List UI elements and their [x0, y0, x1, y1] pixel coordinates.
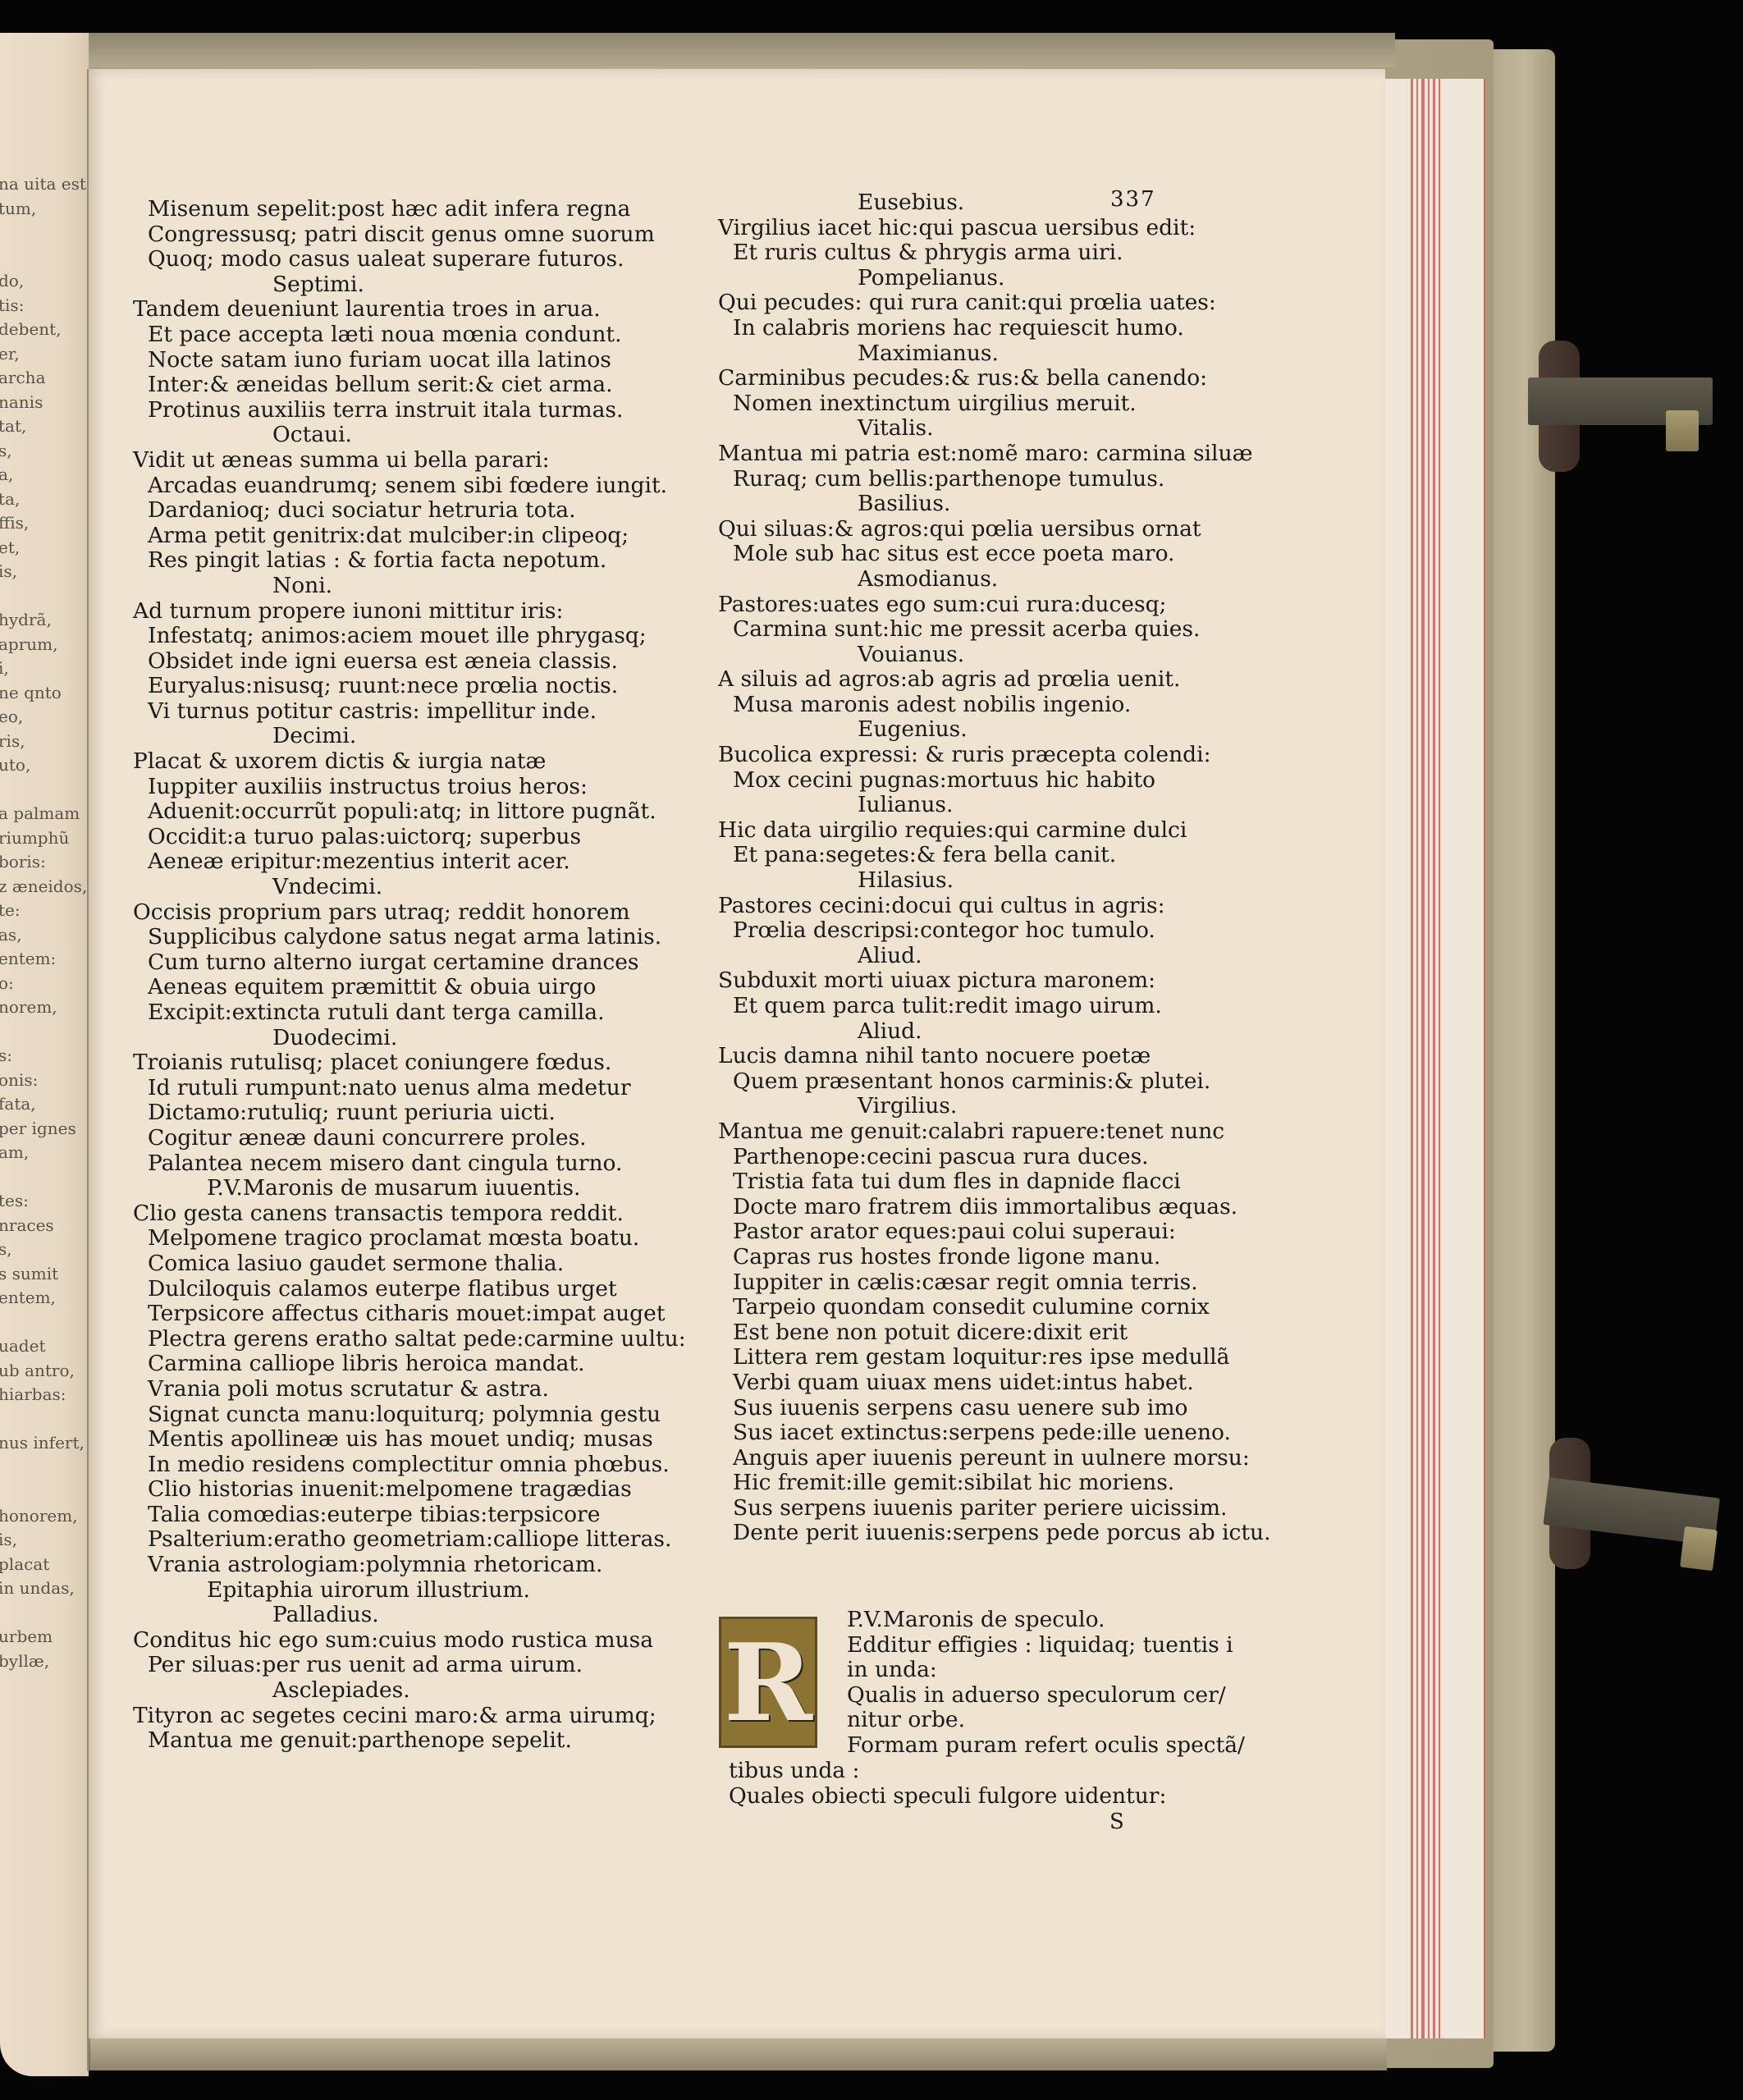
section-heading: Aliud. [718, 1019, 1271, 1045]
verse-line: Misenum sepelit:post hæc adit infera reg… [133, 197, 686, 222]
verse-line: Psalterium:eratho geometriam:calliope li… [133, 1527, 686, 1553]
verse-line: A siluis ad agros:ab agris ad prœlia uen… [718, 667, 1271, 693]
verse-line: Mox cecini pugnas:mortuus hic habito [718, 768, 1271, 794]
verse-line: Anguis aper iuuenis pereunt in uulnere m… [718, 1446, 1271, 1471]
facing-page-fragment: uadet [0, 1334, 87, 1359]
red-edge-line [1416, 79, 1418, 2038]
facing-page-fragment: s: [0, 1044, 87, 1068]
verse-line: Res pingit latias : & fortia facta nepot… [133, 548, 686, 574]
verse-line: Littera rem gestam loquitur:res ipse med… [718, 1345, 1271, 1370]
facing-page-fragment: per ignes [0, 1117, 87, 1142]
section-heading: Basilius. [718, 492, 1271, 517]
section-heading: Duodecimi. [133, 1026, 686, 1051]
verse-line: Tityron ac segetes cecini maro:& arma ui… [133, 1704, 686, 1729]
section-heading: Vouianus. [718, 643, 1271, 668]
verse-line: Dente perit iuuenis:serpens pede porcus … [718, 1521, 1271, 1546]
red-edge-line [1428, 79, 1430, 2038]
clasp-tip-bottom [1680, 1526, 1718, 1572]
verse-line: Palantea necem misero dant cingula turno… [133, 1151, 686, 1177]
verse-line: Parthenope:cecini pascua rura duces. [718, 1145, 1271, 1170]
red-edge-line [1433, 79, 1435, 2038]
facing-page-fragment: er, [0, 342, 87, 367]
section-heading: Eugenius. [718, 717, 1271, 743]
facing-page-fragment: a, [0, 463, 87, 487]
verse-line: P.V.Maronis de speculo. [847, 1608, 1245, 1633]
verse-line: Docte maro fratrem diis immortalibus æqu… [718, 1195, 1271, 1220]
facing-page-fragment [0, 1480, 87, 1504]
section-heading: Palladius. [133, 1603, 686, 1628]
section-heading: Vitalis. [718, 416, 1271, 442]
verse-line: Troianis rutulisq; placet coniungere fœd… [133, 1050, 686, 1076]
verse-line: Supplicibus calydone satus negat arma la… [133, 925, 686, 950]
section-heading: Eusebius. [718, 190, 1271, 216]
verse-line: Plectra gerens eratho saltat pede:carmin… [133, 1327, 686, 1352]
facing-page-fragment: onis: [0, 1068, 87, 1093]
verse-line: Id rutuli rumpunt:nato uenus alma medetu… [133, 1076, 686, 1101]
verse-line: Subduxit morti uiuax pictura maronem: [718, 968, 1271, 994]
verse-line: Mantua me genuit:calabri rapuere:tenet n… [718, 1119, 1271, 1145]
verse-line: Est bene non potuit dicere:dixit erit [718, 1320, 1271, 1346]
verse-line: Aeneas equitem præmittit & obuia uirgo [133, 975, 686, 1000]
facing-page-fragment: in undas, [0, 1576, 87, 1601]
facing-page-fragment: ris, [0, 730, 87, 754]
cover-top-edge [49, 33, 1395, 67]
verse-line: Terpsicore affectus citharis mouet:impat… [133, 1302, 686, 1327]
verse-line: Protinus auxiliis terra instruit itala t… [133, 398, 686, 423]
verse-line: Iuppiter auxiliis instructus troius hero… [133, 775, 686, 800]
verse-line: Iuppiter in cælis:cæsar regit omnia terr… [718, 1270, 1271, 1296]
facing-page-fragment: s, [0, 439, 87, 464]
verse-line: Congressusq; patri discit genus omne suo… [133, 222, 686, 248]
section-heading: Asmodianus. [718, 567, 1271, 592]
facing-page-fragment: a palmam [0, 802, 87, 826]
facing-page-fragment: is, [0, 560, 87, 584]
verse-line: Qualis in aduerso speculorum cer/ [847, 1683, 1245, 1709]
verse-line: Vrania astrologiam:polymnia rhetoricam. [133, 1553, 686, 1578]
facing-page-fragment [0, 1020, 87, 1045]
initial-letter: R [724, 1620, 812, 1745]
verse-line: Euryalus:nisusq; ruunt:nece prœlia nocti… [133, 674, 686, 699]
post-initial-text: tibus unda :Quales obiecti speculi fulgo… [729, 1759, 1166, 1809]
section-heading: Septimi. [133, 272, 686, 298]
facing-page-fragment: archa [0, 366, 87, 391]
verse-line: In calabris moriens hac requiescit humo. [718, 316, 1271, 341]
verse-line: Ad turnum propere iunoni mittitur iris: [133, 599, 686, 625]
decorated-initial: R [719, 1617, 817, 1748]
verse-line: Dulciloquis calamos euterpe flatibus urg… [133, 1277, 686, 1302]
section-heading: P.V.Maronis de musarum iuuentis. [133, 1176, 686, 1201]
facing-page-fragment: aprum, [0, 633, 87, 657]
facing-page-fragment: ta, [0, 487, 87, 512]
facing-page-fragment [0, 778, 87, 803]
facing-page-fragment: entem, [0, 1286, 87, 1311]
facing-page-fragment: debent, [0, 318, 87, 342]
verse-line: Hic fremit:ille gemit:sibilat hic morien… [718, 1471, 1271, 1496]
verse-line: Mantua me genuit:parthenope sepelit. [133, 1728, 686, 1754]
facing-page-fragment: et, [0, 536, 87, 560]
facing-page-fragment: byllæ, [0, 1649, 87, 1674]
verse-line: Signat cuncta manu:loquiturq; polymnia g… [133, 1402, 686, 1428]
verse-line: Lucis damna nihil tanto nocuere poetæ [718, 1044, 1271, 1069]
verse-line: In medio residens complectitur omnia phœ… [133, 1453, 686, 1478]
facing-page-fragment: tis: [0, 294, 87, 318]
facing-page-fragment [0, 1407, 87, 1432]
section-heading: Virgilius. [718, 1094, 1271, 1119]
verse-line: Hic data uirgilio requies:qui carmine du… [718, 818, 1271, 844]
verse-line: Conditus hic ego sum:cuius modo rustica … [133, 1628, 686, 1654]
verse-line: Sus iacet extinctus:serpens pede:ille ue… [718, 1421, 1271, 1446]
verse-line: Cogitur æneæ dauni concurrere proles. [133, 1126, 686, 1151]
facing-page-fragment: te: [0, 899, 87, 923]
verse-line: Melpomene tragico proclamat mœsta boatu. [133, 1226, 686, 1251]
verse-line: Verbi quam uiuax mens uidet:intus habet. [718, 1370, 1271, 1396]
facing-page-fragment: ffis, [0, 511, 87, 536]
facing-page-fragment [0, 584, 87, 609]
facing-page-fragment: boris: [0, 850, 87, 875]
verse-line: Tarpeio quondam consedit culumine cornix [718, 1295, 1271, 1320]
verse-line: Mantua mi patria est:nomẽ maro: carmina … [718, 442, 1271, 467]
verse-line: Musa maronis adest nobilis ingenio. [718, 693, 1271, 718]
facing-page: na uita esttum,do,tis:debent,er,archanan… [0, 33, 89, 2076]
facing-page-fragment: ne qnto [0, 681, 87, 706]
section-heading: Decimi. [133, 724, 686, 749]
verse-line: Excipit:extincta rutuli dant terga camil… [133, 1000, 686, 1026]
verse-line: Sus iuuenis serpens casu uenere sub imo [718, 1396, 1271, 1421]
red-edge-line [1421, 79, 1425, 2038]
left-text-column: Misenum sepelit:post hæc adit infera reg… [133, 197, 686, 1754]
facing-page-fragment: is, [0, 1528, 87, 1553]
verse-line: Infestatq; animos:aciem mouet ille phryg… [133, 624, 686, 649]
section-heading: Maximianus. [718, 341, 1271, 367]
facing-page-fragment: hydrã, [0, 608, 87, 633]
verse-line: Virgilius iacet hic:qui pascua uersibus … [718, 216, 1271, 241]
facing-page-fragment: hiarbas: [0, 1383, 87, 1407]
facing-page-fragment: nus infert, [0, 1431, 87, 1456]
verse-line: Vrania poli motus scrutatur & astra. [133, 1377, 686, 1402]
facing-page-fragment [0, 221, 87, 245]
facing-page-fragment: honorem, [0, 1504, 87, 1529]
red-edge-line [1411, 79, 1413, 2038]
verse-line: Dictamo:rutuliq; ruunt periuria uicti. [133, 1100, 686, 1126]
red-edge-line [1439, 79, 1440, 2038]
verse-line: Mentis apollineæ uis has mouet undiq; mu… [133, 1427, 686, 1453]
verse-line: Carminibus pecudes:& rus:& bella canendo… [718, 366, 1271, 391]
verse-line: Obsidet inde igni euersa est æneia class… [133, 649, 686, 675]
facing-page-fragment: s sumit [0, 1262, 87, 1287]
facing-page-fragment: fata, [0, 1092, 87, 1117]
verse-line: Quem præsentant honos carminis:& plutei. [718, 1069, 1271, 1095]
section-heading: Epitaphia uirorum illustrium. [133, 1578, 686, 1604]
section-heading: Noni. [133, 574, 686, 599]
verse-line: Cum turno alterno iurgat certamine dranc… [133, 950, 686, 976]
verse-line: Pastores:uates ego sum:cui rura:ducesq; [718, 592, 1271, 618]
facing-page-fragment: riumphũ [0, 826, 87, 851]
verse-line: Arcadas euandrumq; senem sibi fœdere iun… [133, 474, 686, 499]
verse-line: Quoq; modo casus ualeat superare futuros… [133, 247, 686, 272]
facing-page-fragment: o: [0, 972, 87, 996]
facing-page-fragment [0, 1456, 87, 1480]
section-heading: Vndecimi. [133, 875, 686, 900]
verse-line: Occisis proprium pars utraq; reddit hono… [133, 900, 686, 926]
facing-page-fragment: do, [0, 269, 87, 294]
section-heading: Asclepiades. [133, 1678, 686, 1704]
verse-line: Tandem deueniunt laurentia troes in arua… [133, 297, 686, 323]
section-heading: Pompelianus. [718, 266, 1271, 291]
verse-line: Carmina calliope libris heroica mandat. [133, 1352, 686, 1377]
facing-page-text: na uita esttum,do,tis:debent,er,archanan… [0, 172, 87, 1673]
facing-page-fragment: uto, [0, 753, 87, 778]
cover-bottom-edge [57, 2038, 1387, 2070]
verse-line: nitur orbe. [847, 1708, 1245, 1733]
catchword: S [1109, 1809, 1124, 1834]
verse-line: Aeneæ eripitur:mezentius interit acer. [133, 849, 686, 875]
verse-line: Dardanioq; duci sociatur hetruria tota. [133, 498, 686, 524]
facing-page-fragment: eo, [0, 705, 87, 730]
facing-page-fragment: s, [0, 1238, 87, 1262]
verse-line: Prœlia descripsi:contegor hoc tumulo. [718, 918, 1271, 944]
verse-line: Qui pecudes: qui rura canit:qui prœlia u… [718, 291, 1271, 316]
facing-page-fragment: tum, [0, 197, 87, 222]
verse-line: Mole sub hac situs est ecce poeta maro. [718, 542, 1271, 567]
verse-line: Nocte satam iuno furiam uocat illa latin… [133, 348, 686, 373]
facing-page-fragment: na uita est [0, 172, 87, 197]
verse-line: Placat & uxorem dictis & iurgia natæ [133, 749, 686, 775]
verse-line: Comica lasiuo gaudet sermone thalia. [133, 1251, 686, 1277]
section-heading: Iulianus. [718, 793, 1271, 818]
verse-line: Ruraq; cum bellis:parthenope tumulus. [718, 467, 1271, 492]
facing-page-fragment [0, 1601, 87, 1626]
facing-page-fragment: norem, [0, 995, 87, 1020]
facing-page-fragment: urbem [0, 1625, 87, 1649]
verse-line: Edditur effigies : liquidaq; tuentis i [847, 1633, 1245, 1658]
section-heading: Hilasius. [718, 868, 1271, 894]
verse-line: Et quem parca tulit:redit imago uirum. [718, 994, 1271, 1019]
clasp-tip-top [1666, 410, 1699, 451]
verse-line: Tristia fata tui dum fles in dapnide fla… [718, 1169, 1271, 1195]
verse-line: Talia comœdias:euterpe tibias:terpsicore [133, 1503, 686, 1528]
verse-line: Occidit:a turuo palas:uictorq; superbus [133, 825, 686, 850]
verse-line: Et ruris cultus & phrygis arma uiri. [718, 240, 1271, 266]
facing-page-fragment [0, 1311, 87, 1335]
verse-line: Carmina sunt:hic me pressit acerba quies… [718, 617, 1271, 643]
verse-line: Sus serpens iuuenis pariter periere uici… [718, 1496, 1271, 1521]
verse-line: in unda: [847, 1658, 1245, 1683]
initial-adjacent-text: P.V.Maronis de speculo.Edditur effigies … [847, 1608, 1245, 1759]
facing-page-fragment: am, [0, 1141, 87, 1165]
verse-line: Clio historias inuenit:melpomene tragædi… [133, 1477, 686, 1503]
verse-line: Pastor arator eques:paui colui superaui: [718, 1219, 1271, 1245]
facing-page-fragment: placat [0, 1553, 87, 1577]
verse-line: Formam puram refert oculis spectã/ [847, 1733, 1245, 1759]
red-edge-line [1484, 79, 1485, 2038]
facing-page-fragment: tat, [0, 414, 87, 439]
verse-line: Bucolica expressi: & ruris præcepta cole… [718, 743, 1271, 768]
verse-line: Clio gesta canens transactis tempora red… [133, 1201, 686, 1227]
facing-page-fragment: z æneidos, [0, 875, 87, 899]
verse-line: Inter:& æneidas bellum serit:& ciet arma… [133, 373, 686, 398]
facing-page-fragment [0, 245, 87, 270]
verse-line: Quales obiecti speculi fulgore uidentur: [729, 1784, 1166, 1809]
verse-line: Arma petit genitrix:dat mulciber:in clip… [133, 524, 686, 549]
verse-line: Capras rus hostes fronde ligone manu. [718, 1245, 1271, 1270]
verse-line: Vi turnus potitur castris: impellitur in… [133, 699, 686, 725]
facing-page-fragment: as, [0, 923, 87, 948]
verse-line: Aduenit:occurrũt populi:atq; in littore … [133, 799, 686, 825]
facing-page-fragment: entem: [0, 947, 87, 972]
right-text-column: Eusebius.Virgilius iacet hic:qui pascua … [718, 190, 1271, 1546]
verse-line: Nomen inextinctum uirgilius meruit. [718, 391, 1271, 417]
verse-line: tibus unda : [729, 1759, 1166, 1784]
verse-line: Et pana:segetes:& fera bella canit. [718, 843, 1271, 868]
facing-page-fragment: tes: [0, 1189, 87, 1214]
facing-page-fragment: nraces [0, 1214, 87, 1238]
facing-page-fragment: i, [0, 657, 87, 681]
facing-page-fragment [0, 1165, 87, 1190]
verse-line: Pastores cecini:docui qui cultus in agri… [718, 894, 1271, 919]
verse-line: Et pace accepta læti noua mœnia condunt. [133, 323, 686, 348]
facing-page-fragment: nanis [0, 391, 87, 415]
section-heading: Aliud. [718, 944, 1271, 969]
facing-page-fragment: ub antro, [0, 1359, 87, 1384]
verse-line: Per siluas:per rus uenit ad arma uirum. [133, 1653, 686, 1678]
verse-line: Vidit ut æneas summa ui bella parari: [133, 448, 686, 474]
verse-line: Qui siluas:& agros:qui pœlia uersibus or… [718, 517, 1271, 542]
section-heading: Octaui. [133, 423, 686, 448]
